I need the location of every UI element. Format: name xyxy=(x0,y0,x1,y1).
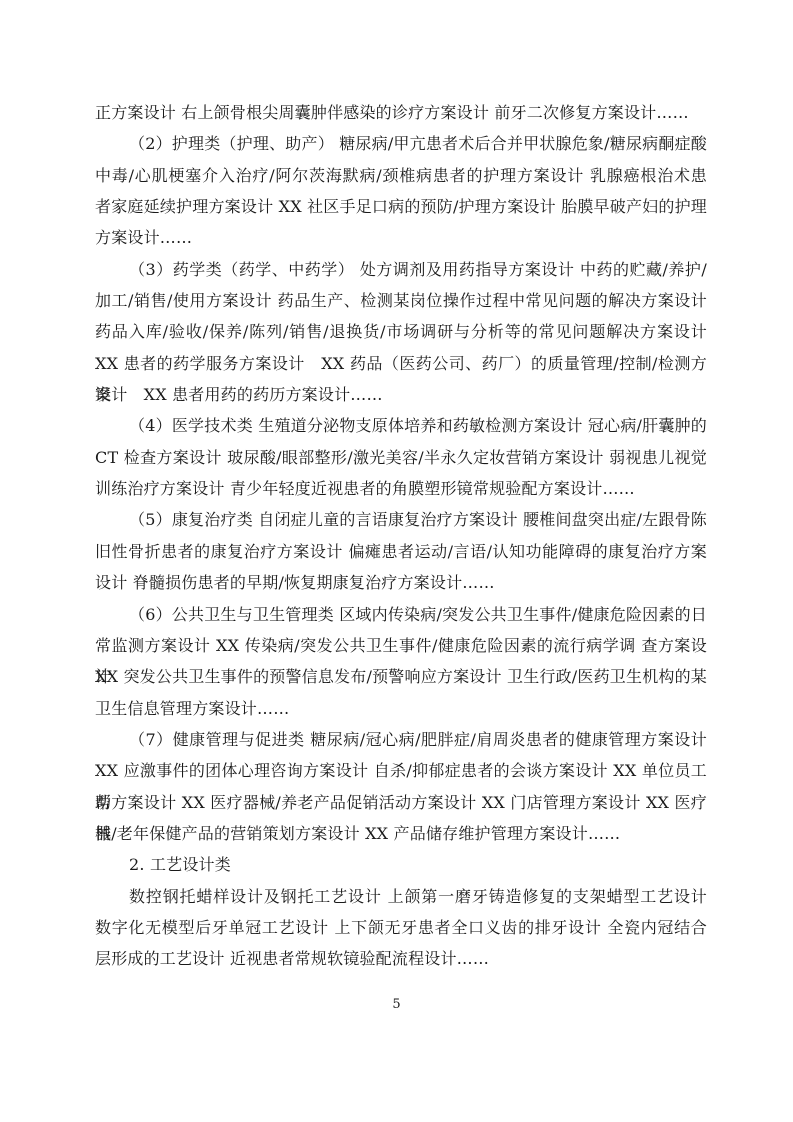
text-line: 层形成的工艺设计 近视患者常规软镜验配流程设计…… xyxy=(95,943,707,974)
document-body: 正方案设计 右上颌骨根尖周囊肿伴感染的诊疗方案设计 前牙二次修复方案设计…… （… xyxy=(95,97,707,975)
text-line: 械/老年保健产品的营销策划方案设计 XX 产品储存维护管理方案设计…… xyxy=(95,818,707,849)
text-line: 中毒/心肌梗塞介入治疗/阿尔茨海默病/颈椎病患者的护理方案设计 乳腺癌根治术患 xyxy=(95,160,707,191)
text-line: （7）健康管理与促进类 糖尿病/冠心病/肥胖症/肩周炎患者的健康管理方案设计 xyxy=(95,724,707,755)
text-line: XX 患者的药学服务方案设计 XX 药品（医药公司、药厂）的质量管理/控制/检测… xyxy=(95,348,707,379)
text-line: （4）医学技术类 生殖道分泌物支原体培养和药敏检测方案设计 冠心病/肝囊肿的 xyxy=(95,410,707,441)
text-line: 旧性骨折患者的康复治疗方案设计 偏瘫患者运动/言语/认知功能障碍的康复治疗方案 xyxy=(95,536,707,567)
text-line: XX 应激事件的团体心理咨询方案设计 自杀/抑郁症患者的会谈方案设计 XX 单位… xyxy=(95,755,707,786)
text-line: XX 突发公共卫生事件的预警信息发布/预警响应方案设计 卫生行政/医药卫生机构的… xyxy=(95,661,707,692)
text-line: 数控钢托蜡样设计及钢托工艺设计 上颌第一磨牙铸造修复的支架蜡型工艺设计 xyxy=(95,881,707,912)
page-number: 5 xyxy=(0,997,793,1012)
text-line: 方案设计…… xyxy=(95,222,707,253)
text-line: （5）康复治疗类 自闭症儿童的言语康复治疗方案设计 腰椎间盘突出症/左跟骨陈 xyxy=(95,504,707,535)
text-line: （2）护理类（护理、助产） 糖尿病/甲亢患者术后合并甲状腺危象/糖尿病酮症酸 xyxy=(95,128,707,159)
text-line: 卫生信息管理方案设计…… xyxy=(95,693,707,724)
text-line: 药品入库/验收/保养/陈列/销售/退换货/市场调研与分析等的常见问题解决方案设计 xyxy=(95,316,707,347)
text-line: CT 检查方案设计 玻尿酸/眼部整形/激光美容/半永久定妆营销方案设计 弱视患儿… xyxy=(95,442,707,473)
text-line: （6）公共卫生与卫生管理类 区域内传染病/突发公共卫生事件/健康危险因素的日 xyxy=(95,599,707,630)
document-page: 正方案设计 右上颌骨根尖周囊肿伴感染的诊疗方案设计 前牙二次修复方案设计…… （… xyxy=(0,0,793,1122)
text-line: 训练治疗方案设计 青少年轻度近视患者的角膜塑形镜常规验配方案设计…… xyxy=(95,473,707,504)
text-line: 设计 XX 患者用药的药历方案设计…… xyxy=(95,379,707,410)
text-line: （3）药学类（药学、中药学） 处方调剂及用药指导方案设计 中药的贮藏/养护/ xyxy=(95,254,707,285)
section-heading: 2. 工艺设计类 xyxy=(95,849,707,880)
text-line: 常监测方案设计 XX 传染病/突发公共卫生事件/健康危险因素的流行病学调 查方案… xyxy=(95,630,707,661)
text-line: 正方案设计 右上颌骨根尖周囊肿伴感染的诊疗方案设计 前牙二次修复方案设计…… xyxy=(95,97,707,128)
text-line: 设计 脊髓损伤患者的早期/恢复期康复治疗方案设计…… xyxy=(95,567,707,598)
text-line: 加工/销售/使用方案设计 药品生产、检测某岗位操作过程中常见问题的解决方案设计 xyxy=(95,285,707,316)
text-line: 者家庭延续护理方案设计 XX 社区手足口病的预防/护理方案设计 胎膜早破产妇的护… xyxy=(95,191,707,222)
text-line: 数字化无模型后牙单冠工艺设计 上下颌无牙患者全口义齿的排牙设计 全瓷内冠结合 xyxy=(95,912,707,943)
text-line: 助方案设计 XX 医疗器械/养老产品促销活动方案设计 XX 门店管理方案设计 X… xyxy=(95,787,707,818)
